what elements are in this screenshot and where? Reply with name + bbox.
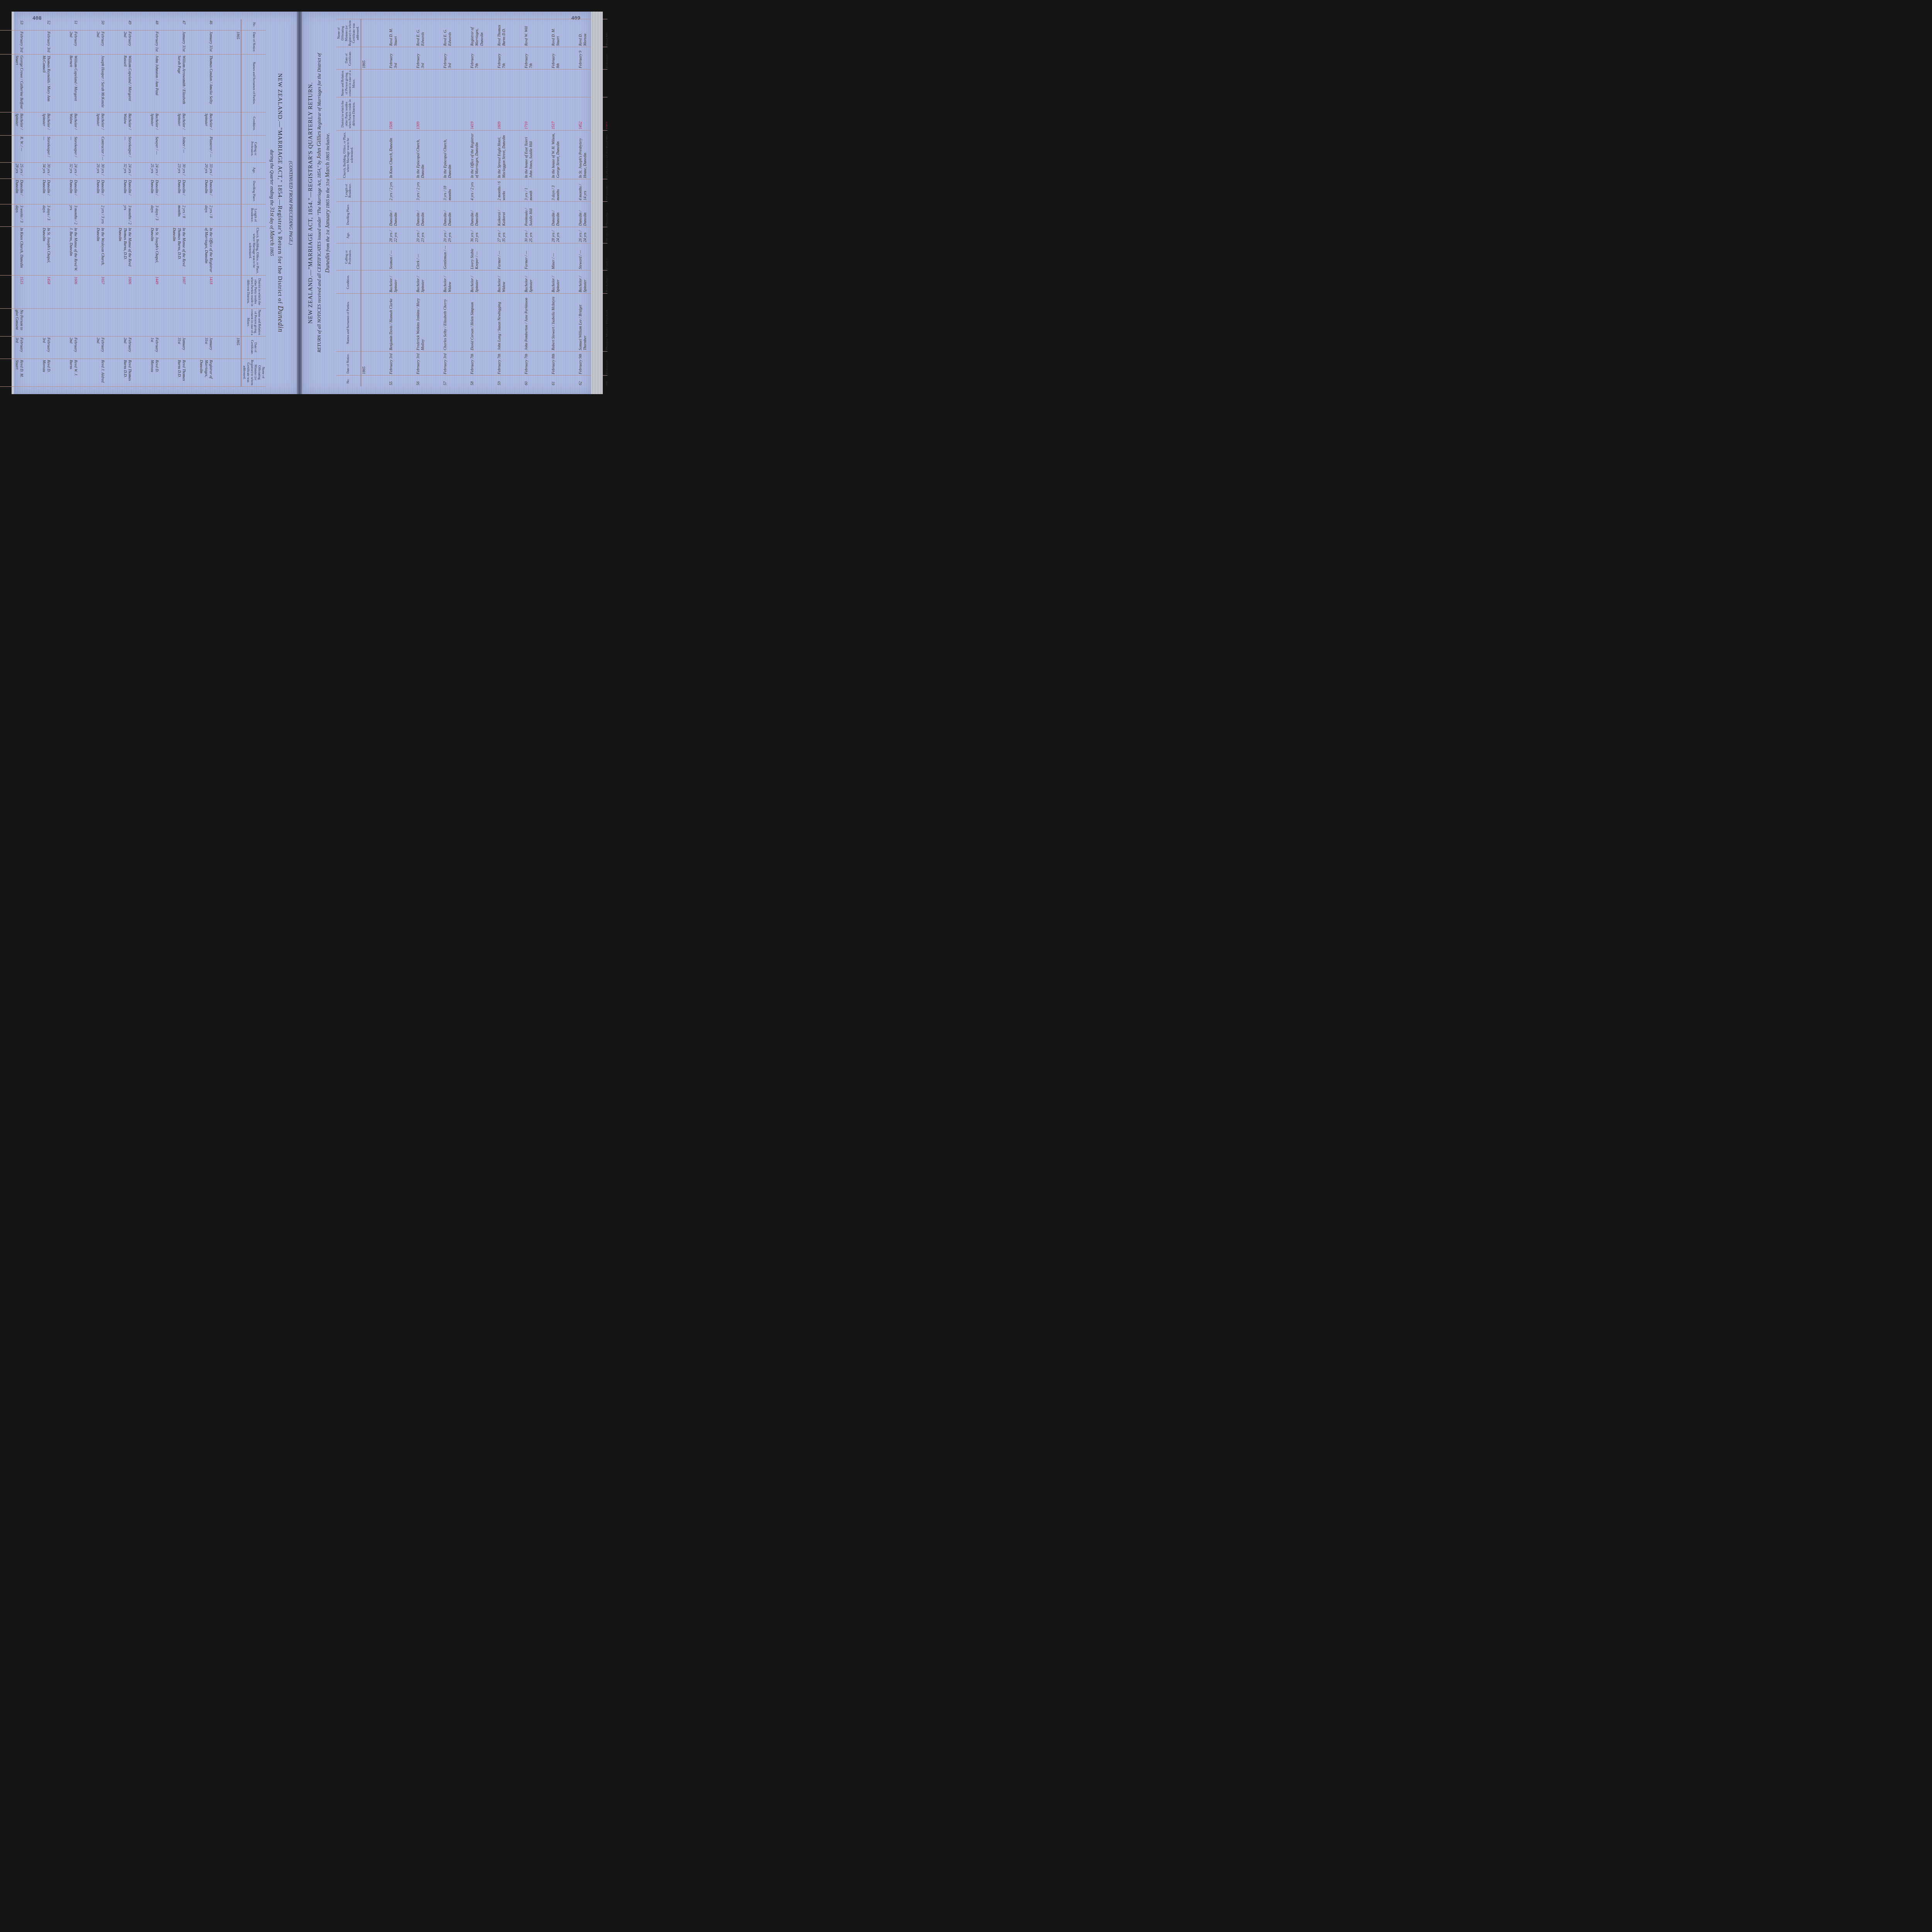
notice-date: February 7th: [497, 352, 524, 376]
col-residence: Length of Residence.: [241, 204, 266, 226]
officiating-minister: Revd Mr. Meiklejohn: [605, 19, 607, 47]
col-district: District in which the other Party reside…: [241, 275, 266, 308]
age: 24 yrs / 25 yrs: [133, 162, 160, 179]
table-row: 51February 2ndWilliam Copeland / Margare…: [51, 19, 78, 386]
residence-length: 3 days / 3 days: [24, 204, 51, 226]
age: 30 yrs / 26 yrs: [78, 162, 105, 179]
marriage-place: In the house of W. H. Wilson, George Str…: [551, 131, 578, 179]
district-code: 1449: [133, 275, 160, 308]
certificate-date: February 7th: [524, 47, 551, 70]
entry-number: 63: [605, 376, 607, 386]
calling: Contractor / —: [78, 135, 105, 162]
consent: [497, 70, 524, 97]
age: 28 yrs / 22 yrs: [388, 227, 415, 243]
party-names: Thomas Condon / Amelia Selby: [187, 54, 214, 112]
entry-number: 49: [105, 19, 133, 30]
dwelling-place: Dunedin / Dunedin: [415, 202, 442, 227]
age: 25 yrs / 28 yrs: [0, 162, 24, 179]
marriage-place: In the Office of the Registrar of Marria…: [187, 226, 214, 275]
district-code: 1309: [415, 97, 442, 131]
certificate-date: January 31st: [187, 336, 214, 359]
left-page-content: NEW ZEALAND.—"MARRIAGE ACT," 1854.—Regis…: [14, 12, 300, 394]
party-names: George Crowe / Catherine Balfour Stuart: [0, 54, 24, 112]
entry-number: 52: [24, 19, 51, 30]
calling: Miner / —: [551, 243, 578, 270]
residence-length: 3 months / 2 yrs: [105, 204, 133, 226]
condition: Bachelor / Spinster: [160, 112, 187, 135]
district-code: 1301: [605, 97, 607, 131]
officiating-minister: Revd Thomas Burns D.D.: [160, 359, 187, 386]
condition: Bachelor / Spinster: [0, 112, 24, 135]
dwelling-place: Dunedin / Dunedin: [78, 179, 105, 204]
register-table: No. Date of Notice. Names and Surnames o…: [336, 19, 607, 387]
officiating-minister: Revd W. Will: [524, 19, 551, 47]
col-dwelling: Dwelling Place.: [336, 202, 361, 227]
district-code: 1710: [524, 97, 551, 131]
marriage-place: In the Episcopal Church, Dunedin: [415, 131, 442, 179]
notice-date: February 3rd: [24, 30, 51, 54]
col-age: Age.: [241, 162, 266, 179]
officiating-minister: Revd E. G. Edwards: [415, 19, 442, 47]
dwelling-place: Dunedin / Dunedin: [187, 179, 214, 204]
register-table: No. Date of Notice. Names and Surnames o…: [0, 19, 266, 387]
table-row: 57February 3rdCharles Selby / Elizabeth …: [442, 19, 469, 386]
col-consent: Name and Relation of Person giving conse…: [241, 308, 266, 336]
entry-number: 55: [388, 376, 415, 386]
notice-date: January 31st: [187, 30, 214, 54]
col-residence: Length of Residence.: [336, 179, 361, 202]
certificate-date: February 2nd: [78, 336, 105, 359]
notice-date: February 2nd: [105, 30, 133, 54]
table-row: 56February 3rdFrederick Watkins Jenkins …: [415, 19, 442, 386]
party-names: Thomas Reynolds / Mary Ann McConnell: [24, 54, 51, 112]
entry-number: 50: [78, 19, 105, 30]
entry-number: 58: [469, 376, 497, 386]
calling: R. W. / —: [0, 135, 24, 162]
consent: [551, 70, 578, 97]
residence-length: 3 yrs / 18 months: [442, 179, 469, 202]
entry-number: 51: [51, 19, 78, 30]
officiating-minister: Revd D. Moreau: [133, 359, 160, 386]
party-names: John Johnston / Ann Paul: [133, 54, 160, 112]
condition: Bachelor / Spinster: [133, 112, 160, 135]
officiating-minister: Revd J. Aldred: [78, 359, 105, 386]
marriage-place: In Knox Church, Dunedin: [388, 131, 415, 179]
marriage-place: In Knox Church, Dunedin: [0, 226, 24, 275]
certificate-date: February 3rd: [442, 47, 469, 70]
residence-length: 3 months / 2 yrs: [51, 204, 78, 226]
district-code: [442, 97, 469, 131]
party-names: John Pemberton / Jane Parkinson: [524, 294, 551, 352]
officiating-minister: Revd Thomas Burns D.D.: [105, 359, 133, 386]
condition: Bachelor / Widow: [51, 112, 78, 135]
table-row: 55February 3rdBenjamin Davis / Hannah Cl…: [388, 19, 415, 386]
certificate-date: February 3rd: [0, 336, 24, 359]
entry-number: 48: [133, 19, 160, 30]
condition: Bachelor / Spinster: [78, 112, 105, 135]
consent: [24, 308, 51, 336]
district-code: 1609: [497, 97, 524, 131]
condition: Bachelor / Spinster: [415, 270, 442, 294]
certificate-date: February 7th: [497, 47, 524, 70]
left-page: 408 NEW ZEALAND.—"MARRIAGE ACT," 1854.—R…: [12, 12, 300, 394]
col-age: Age.: [336, 227, 361, 243]
party-names: John Lang / Susan Newbigging: [497, 294, 524, 352]
col-district: District in which the other Party reside…: [336, 97, 361, 131]
continued-note: (CONTINUED FROM PRECEDING PAGE.): [288, 12, 294, 394]
party-names: Frederick Watkins Jenkins / Mary Molloy: [415, 294, 442, 352]
col-date-notice: Date of Notice.: [336, 352, 361, 376]
residence-length: 10 months / 7 yrs: [605, 179, 607, 202]
col-cert-date: Date of Certificate.: [241, 336, 266, 359]
col-condition: Condition.: [336, 270, 361, 294]
district-code: 1657: [78, 275, 105, 308]
marriage-place: In the Office of the Registrar of Marria…: [469, 131, 497, 179]
page-title: NEW ZEALAND.—"MARRIAGE ACT," 1854.—Regis…: [276, 12, 284, 394]
marriage-place: In the Episcopal Church, Dunedin: [442, 131, 469, 179]
marriage-place: In the house of East Taieri John Jones, …: [524, 131, 551, 179]
col-dwelling: Dwelling Place.: [241, 179, 266, 204]
district-code: 1517: [551, 97, 578, 131]
consent: [78, 308, 105, 336]
party-names: William Copeland / Margaret Barnett: [51, 54, 78, 112]
col-condition: Condition.: [241, 112, 266, 135]
residence-length: 3 weeks / 3 days: [0, 204, 24, 226]
calling: Seaman / —: [388, 243, 415, 270]
certificate-date: February 2nd: [105, 336, 133, 359]
age: 24 yrs / 32 yrs: [105, 162, 133, 179]
entry-number: 47: [160, 19, 187, 30]
residence-length: 3 days / 3 months: [551, 179, 578, 202]
consent: [187, 308, 214, 336]
age: 30 yrs / 34 yrs: [24, 162, 51, 179]
right-page-content: NEW ZEALAND.—"MARRIAGE ACT, 1854."—REGIS…: [302, 12, 592, 394]
calling: Storekeeper / —: [24, 135, 51, 162]
age: 20 yrs / 29 yrs: [442, 227, 469, 243]
consent: No Person to give Consent: [0, 308, 24, 336]
age: 28 yrs / 24 yrs: [551, 227, 578, 243]
notice-date: February 3rd: [0, 30, 24, 54]
dwelling-place: Dunedin / Dunedin: [469, 202, 497, 227]
calling: Farmer / —: [524, 243, 551, 270]
officiating-minister: Revd E. G. Edwards: [442, 19, 469, 47]
dwelling-place: Dunedin / Dunedin: [388, 202, 415, 227]
notice-date: February 3rd: [415, 352, 442, 376]
entry-number: 60: [524, 376, 551, 386]
notice-date: January 31st: [160, 30, 187, 54]
entry-number: 57: [442, 376, 469, 386]
table-row: 49February 2ndWilliam Copeland / Margare…: [105, 19, 133, 386]
certificate-date: February 10th: [605, 47, 607, 70]
consent: [133, 308, 160, 336]
table-header: No. Date of Notice. Names and Surnames o…: [336, 19, 361, 386]
table-row: 63February 10thThomas Marks / Elizabeth …: [605, 19, 607, 386]
marriage-place: In the Manse of the Revd Thomas Burns, D…: [160, 226, 187, 275]
consent: [605, 70, 607, 97]
party-names: David Corsan / Helen Simpson: [469, 294, 497, 352]
notice-date: February 8th: [551, 352, 578, 376]
district-code: 1419: [469, 97, 497, 131]
age: 33 yrs / 20 yrs: [187, 162, 214, 179]
calling: Joiner / —: [160, 135, 187, 162]
col-consent: Name and Relation of Person giving conse…: [336, 70, 361, 97]
entry-number: 59: [497, 376, 524, 386]
marriage-place: In the Wesleyan Church, Dunedin: [78, 226, 105, 275]
calling: Clerk / —: [415, 243, 442, 270]
officiating-minister: Revd D. M. Stuart: [388, 19, 415, 47]
col-calling: Calling or Profession.: [241, 135, 266, 162]
dwelling-place: Dunedin / Dunedin: [160, 179, 187, 204]
condition: Bachelor / Spinster: [24, 112, 51, 135]
party-names: William Copeland / Margaret Russell: [105, 54, 133, 112]
district-code: 1606: [105, 275, 133, 308]
calling: Farmer / —: [497, 243, 524, 270]
condition: Bachelor / Widow: [105, 112, 133, 135]
officiating-minister: Registrar of Marriages, Dunedin: [469, 19, 497, 47]
certificate-date: February 2nd: [51, 336, 78, 359]
consent: [415, 70, 442, 97]
notice-date: February 2nd: [78, 30, 105, 54]
officiating-minister: Revd W. J. Burns: [51, 359, 78, 386]
condition: Bachelor / Spinster: [388, 270, 415, 294]
return-line: RETURN of all NOTICES received and all C…: [316, 12, 323, 394]
party-names: Thomas Marks / Elizabeth Blackwood: [605, 294, 607, 352]
residence-length: 3 yrs / 2 yrs: [415, 179, 442, 202]
marriage-place: In St. Joseph's Chapel, Dunedin: [24, 226, 51, 275]
certificate-date: February 3rd: [415, 47, 442, 70]
district-code: 1607: [160, 275, 187, 308]
right-rows: 1865 1865 55February 3rdBenjamin Davis /…: [361, 19, 607, 386]
calling: Cook / —: [605, 243, 607, 270]
age: 36 yrs / 23 yrs: [469, 227, 497, 243]
calling: Gentleman / —: [442, 243, 469, 270]
district-code: 1458: [24, 275, 51, 308]
table-row: 46January 31stThomas Condon / Amelia Sel…: [187, 19, 214, 386]
table-row: 59February 7thJohn Lang / Susan Newbiggi…: [497, 19, 524, 386]
age: 30 yrs / 25 yrs: [524, 227, 551, 243]
certificate-date: February 1st: [133, 336, 160, 359]
table-header: No. Date of Notice. Names and Surnames o…: [241, 19, 266, 386]
residence-length: 3 days / 3 days: [133, 204, 160, 226]
table-row: 48February 1stJohn Johnston / Ann PaulBa…: [133, 19, 160, 386]
col-minister: Name of Officiating Minister (or Registr…: [336, 19, 361, 47]
certificate-date: February 8th: [551, 47, 578, 70]
marriage-place: In the house of the Revd Mr. Meiklejohn,…: [605, 131, 607, 179]
page-title: NEW ZEALAND.—"MARRIAGE ACT, 1854."—REGIS…: [308, 12, 314, 394]
consent: [160, 308, 187, 336]
col-church: Church, Building, Office, or Place, wher…: [336, 131, 361, 179]
table-row: 53February 3rdGeorge Crowe / Catherine B…: [0, 19, 24, 386]
table-row: 61February 8thRobert Stewart / Isabella …: [551, 19, 578, 386]
notice-date: February 3rd: [442, 352, 469, 376]
col-minister: Name of Officiating Minister (or Registr…: [241, 359, 266, 386]
year-row: 1865 1865: [214, 19, 241, 386]
col-calling: Calling or Profession.: [336, 243, 361, 270]
condition: Bachelor / Spinster: [524, 270, 551, 294]
entry-number: 46: [187, 19, 214, 30]
page-edges: [591, 12, 603, 394]
calling: Sawyer / —: [133, 135, 160, 162]
entry-number: 53: [0, 19, 24, 30]
col-cert-date: Date of Certificate.: [336, 47, 361, 70]
notice-date: February 7th: [524, 352, 551, 376]
residence-length: 2 months / 6 weeks: [497, 179, 524, 202]
col-no: No.: [241, 19, 266, 30]
calling: Plasterer / —: [187, 135, 214, 162]
registrar-name: John Gillies: [316, 131, 322, 159]
table-row: 50February 2ndJoseph Hooper / Sarah McKe…: [78, 19, 105, 386]
col-no: No.: [336, 376, 361, 386]
party-names: Robert Stewart / Isabella McIntyre: [551, 294, 578, 352]
party-names: Joseph Hooper / Sarah McKenzie: [78, 54, 105, 112]
dwelling-place: Dunedin / Dunedin: [551, 202, 578, 227]
residence-length: 2 yrs / 8 months: [160, 204, 187, 226]
consent: [524, 70, 551, 97]
age: 20 yrs / 23 yrs: [415, 227, 442, 243]
district-code: 1506: [388, 97, 415, 131]
table-row: 47January 31stWilliam Arrowsmith / Eliza…: [160, 19, 187, 386]
right-page: 409 NEW ZEALAND.—"MARRIAGE ACT, 1854."—R…: [302, 12, 592, 394]
left-rows: 1865 1865 46January 31stThomas Condon / …: [0, 19, 241, 386]
notice-date: February 2nd: [51, 30, 78, 54]
district-code: 1515: [0, 275, 24, 308]
condition: Bachelor / Spinster: [469, 270, 497, 294]
dwelling-place: Dunedin / Dunedin: [605, 202, 607, 227]
col-names: Names and Surnames of Parties.: [336, 294, 361, 352]
calling: Storekeeper / —: [105, 135, 133, 162]
dwelling-place: Dunedin / Dunedin: [105, 179, 133, 204]
district-name: Dunedin: [277, 306, 284, 332]
officiating-minister: Registrar of Marriages, Dunedin: [187, 359, 214, 386]
residence-length: 2 yrs / 2 yrs: [388, 179, 415, 202]
quarter-line: during the Quarter ending the 31st day o…: [269, 12, 275, 394]
certificate-date: February 3rd: [24, 336, 51, 359]
condition: Bachelor / Spinster: [551, 270, 578, 294]
residence-length: 2 yrs / 8 days: [187, 204, 214, 226]
dwelling-place: Dunedin / Dunedin: [442, 202, 469, 227]
dwelling-place: Dunedin / Dunedin: [133, 179, 160, 204]
entry-number: 61: [551, 376, 578, 386]
notice-date: February 3rd: [388, 352, 415, 376]
officiating-minister: Revd Thomas Burns D.D.: [497, 19, 524, 47]
district-code: 1606: [51, 275, 78, 308]
consent: [105, 308, 133, 336]
certificate-date: February 3rd: [388, 47, 415, 70]
condition: Bachelor / Widow: [497, 270, 524, 294]
consent: [388, 70, 415, 97]
marriage-place: In St. Joseph's Chapel, Dunedin: [133, 226, 160, 275]
dwelling-place: Peninsula / Saddle Hill: [524, 202, 551, 227]
age: 38 yrs / 44 yrs: [605, 227, 607, 243]
dwelling-place: Dunedin / Dunedin: [0, 179, 24, 204]
condition: Bachelor / Widow: [605, 270, 607, 294]
register-book: 408 NEW ZEALAND.—"MARRIAGE ACT," 1854.—R…: [12, 12, 596, 394]
age: 24 yrs / 32 yrs: [51, 162, 78, 179]
officiating-minister: Revd D. M. Stuart: [551, 19, 578, 47]
table-row: 52February 3rdThomas Reynolds / Mary Ann…: [24, 19, 51, 386]
condition: Bachelor / Spinster: [187, 112, 214, 135]
consent: [469, 70, 497, 97]
marriage-place: In the Manse of the Revd Thomas Burns, D…: [105, 226, 133, 275]
table-row: 58February 7thDavid Corsan / Helen Simps…: [469, 19, 497, 386]
calling: Storekeeper / —: [51, 135, 78, 162]
table-row: 60February 7thJohn Pemberton / Jane Park…: [524, 19, 551, 386]
age: 30 yrs / 23 yrs: [160, 162, 187, 179]
district-name: Dunedin: [325, 253, 331, 273]
party-names: William Arrowsmith / Elizabeth Sarah Pag…: [160, 54, 187, 112]
col-church: Church, Building, Office, or Place, wher…: [241, 226, 266, 275]
party-names: Benjamin Davis / Hannah Clarke: [388, 294, 415, 352]
marriage-place: In the Manse of the Revd W. J. Burns, Du…: [51, 226, 78, 275]
residence-length: 3 yrs / 1 month: [524, 179, 551, 202]
calling: Livery Stable Keeper / —: [469, 243, 497, 270]
notice-date: February 1st: [133, 30, 160, 54]
consent: [442, 70, 469, 97]
party-names: Charles Selby / Elizabeth Cherry: [442, 294, 469, 352]
certificate-date: January 31st: [160, 336, 187, 359]
age: 27 yrs / 35 yrs: [497, 227, 524, 243]
condition: Bachelor / Widow: [442, 270, 469, 294]
year-row: 1865 1865: [361, 19, 388, 386]
col-date-notice: Date of Notice.: [241, 30, 266, 54]
dwelling-place: Dunedin / Dunedin: [51, 179, 78, 204]
col-names: Names and Surnames of Parties.: [241, 54, 266, 112]
consent: [51, 308, 78, 336]
district-code: 1418: [187, 275, 214, 308]
officiating-minister: Revd D. M. Stuart: [0, 359, 24, 386]
entry-number: 56: [415, 376, 442, 386]
residence-length: 4 yrs / 2 yrs: [469, 179, 497, 202]
officiating-minister: Revd D. Moreau: [24, 359, 51, 386]
marriage-place: In the Spread Eagle Hotel, Maclaggan Str…: [497, 131, 524, 179]
residence-length: 2 yrs / 3 yrs: [78, 204, 105, 226]
notice-date: February 10th: [605, 352, 607, 376]
certificate-date: February 7th: [469, 47, 497, 70]
notice-date: February 7th: [469, 352, 497, 376]
dwelling-place: Dunedin / Dunedin: [24, 179, 51, 204]
dwelling-place: Kaikorai / Kaikorai: [497, 202, 524, 227]
period-line: Dunedin from the 1st January 1865 to the…: [325, 12, 331, 394]
